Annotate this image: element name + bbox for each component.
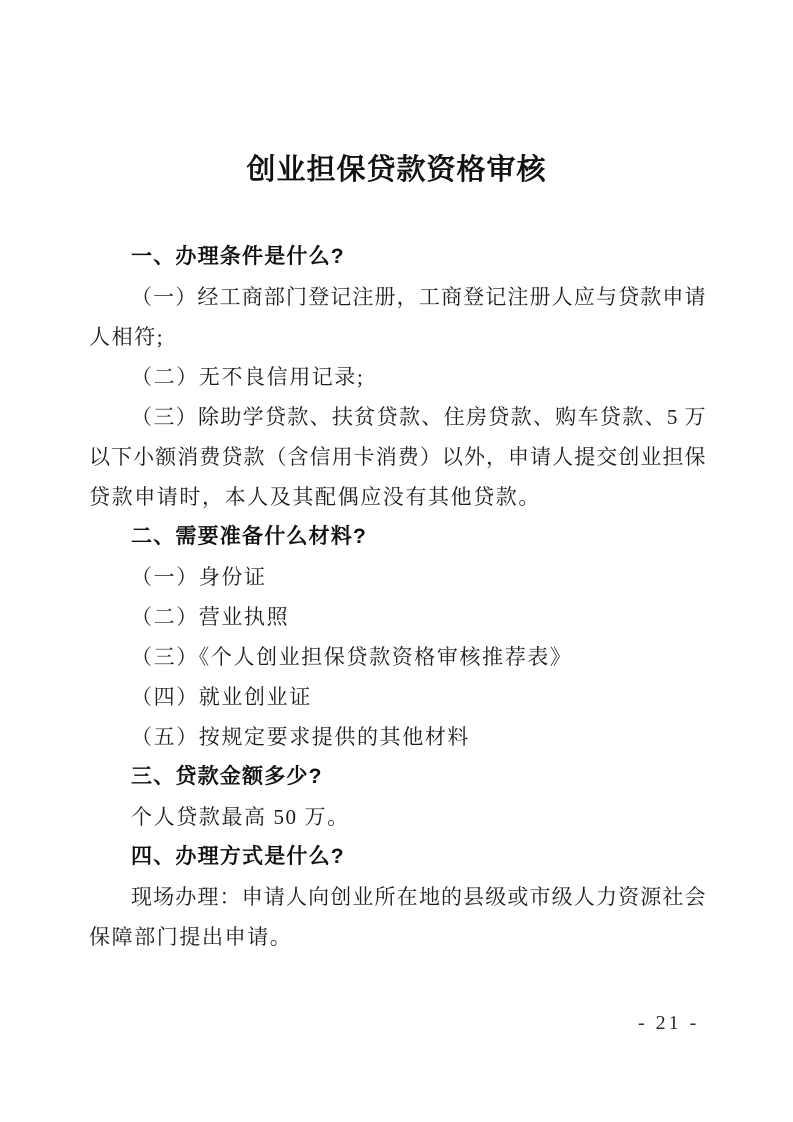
- text-line: 个人贷款最高 50 万。: [89, 797, 706, 837]
- text-line: （二）营业执照: [89, 597, 706, 637]
- text-line: 保障部门提出申请。: [89, 917, 706, 957]
- text-line: （三）《个人创业担保贷款资格审核推荐表》: [89, 637, 706, 677]
- section-heading: 三、贷款金额多少?: [89, 757, 706, 797]
- section-heading: 四、办理方式是什么?: [89, 837, 706, 877]
- text-line: （一）经工商部门登记注册，工商登记注册人应与贷款申请: [89, 277, 706, 317]
- text-line: （一）身份证: [89, 557, 706, 597]
- document-body: 一、办理条件是什么?（一）经工商部门登记注册，工商登记注册人应与贷款申请人相符;…: [89, 237, 706, 957]
- text-line: 人相符;: [89, 317, 706, 357]
- text-line: （五）按规定要求提供的其他材料: [89, 717, 706, 757]
- section-heading: 二、需要准备什么材料?: [89, 517, 706, 557]
- section-heading: 一、办理条件是什么?: [89, 237, 706, 277]
- text-line: （四）就业创业证: [89, 677, 706, 717]
- text-line: 贷款申请时，本人及其配偶应没有其他贷款。: [89, 477, 706, 517]
- text-line: 现场办理：申请人向创业所在地的县级或市级人力资源社会: [89, 877, 706, 917]
- page-number: - 21 -: [638, 1010, 699, 1036]
- text-line: 以下小额消费贷款（含信用卡消费）以外，申请人提交创业担保: [89, 437, 706, 477]
- text-line: （三）除助学贷款、扶贫贷款、住房贷款、购车贷款、5 万元: [89, 397, 706, 437]
- document-title: 创业担保贷款资格审核: [0, 150, 793, 190]
- document-page: 创业担保贷款资格审核 一、办理条件是什么?（一）经工商部门登记注册，工商登记注册…: [0, 0, 793, 1122]
- text-line: （二）无不良信用记录;: [89, 357, 706, 397]
